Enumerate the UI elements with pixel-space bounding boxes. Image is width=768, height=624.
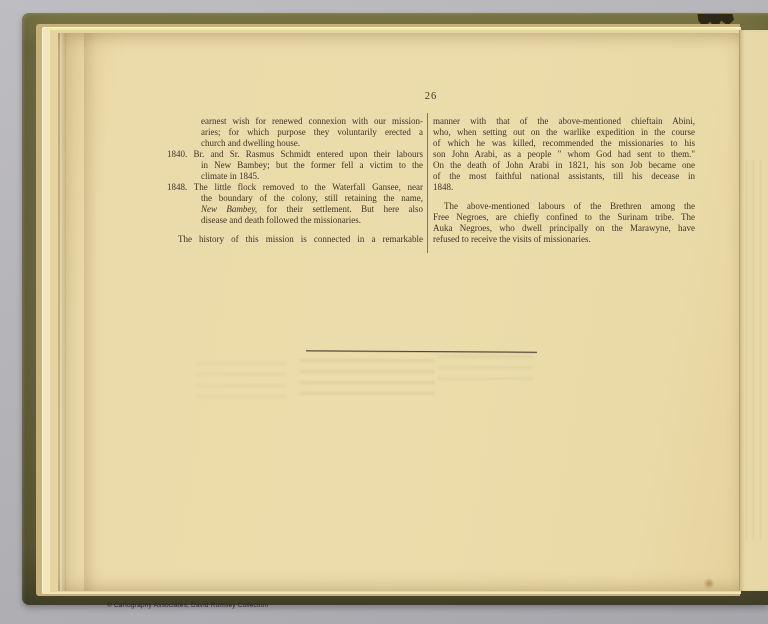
column-divider-rule bbox=[427, 113, 428, 253]
page-fold-highlight bbox=[60, 33, 66, 591]
text-segment: Auka Negroes, who dwell principally on t… bbox=[433, 223, 695, 233]
adjacent-page-edge bbox=[739, 30, 768, 591]
text-line: disease and death followed the missionar… bbox=[167, 215, 423, 226]
text-segment: manner with that of the above-mentioned … bbox=[433, 116, 695, 126]
photo-background: 26 earnest wish for renewed connexion wi… bbox=[0, 0, 768, 624]
text-segment: son John Arabi, as a people " whom God h… bbox=[433, 149, 695, 159]
italic-text-segment: New Bambey, bbox=[201, 204, 257, 214]
collection-credit: © Cartography Associates, David Rumsey C… bbox=[107, 602, 268, 609]
text-segment: earnest wish for renewed connexion with … bbox=[201, 116, 423, 126]
text-segment: of the most faithful national assistants… bbox=[433, 171, 695, 181]
text-line: manner with that of the above-mentioned … bbox=[433, 116, 695, 127]
show-through-text-ghost bbox=[196, 362, 286, 402]
text-line: 1848. The little flock removed to the Wa… bbox=[167, 182, 423, 193]
text-segment: refused to receive the visits of mission… bbox=[433, 234, 591, 244]
text-line: who, when setting out on the warlike exp… bbox=[433, 127, 695, 138]
left-text-column: earnest wish for renewed connexion with … bbox=[167, 116, 423, 245]
text-segment: 1848. The little flock removed to the Wa… bbox=[167, 182, 423, 192]
text-segment: The above-mentioned labours of the Breth… bbox=[444, 201, 695, 211]
text-segment: climate in 1845. bbox=[201, 171, 259, 181]
text-segment: 1848. bbox=[433, 182, 453, 192]
text-segment: in New Bambey; but the former fell a vic… bbox=[201, 160, 423, 170]
text-segment: who, when setting out on the warlike exp… bbox=[433, 127, 695, 137]
text-segment: 1840. Br. and Sr. Rasmus Schmidt entered… bbox=[167, 149, 423, 159]
text-line: the boundary of the colony, still retain… bbox=[167, 193, 423, 204]
text-segment: aries; for which purpose they voluntaril… bbox=[201, 127, 423, 137]
text-line: 1848. bbox=[433, 182, 695, 193]
text-line: climate in 1845. bbox=[167, 171, 423, 182]
text-segment: of which he was killed, recommended the … bbox=[433, 138, 695, 148]
text-line: church and dwelling house. bbox=[167, 138, 423, 149]
text-segment: the boundary of the colony, still retain… bbox=[201, 193, 423, 203]
text-segment: On the death of John Arabi in 1821, his … bbox=[433, 160, 695, 170]
right-text-column: manner with that of the above-mentioned … bbox=[433, 116, 695, 245]
show-through-text-ghost bbox=[438, 355, 533, 385]
text-line: of the most faithful national assistants… bbox=[433, 171, 695, 182]
text-line: earnest wish for renewed connexion with … bbox=[167, 116, 423, 127]
text-line: refused to receive the visits of mission… bbox=[433, 234, 695, 245]
text-line: The above-mentioned labours of the Breth… bbox=[433, 201, 695, 212]
page-fold-shadow bbox=[84, 33, 106, 591]
text-segment: disease and death followed the missionar… bbox=[201, 215, 361, 225]
text-line: of which he was killed, recommended the … bbox=[433, 138, 695, 149]
text-line: in New Bambey; but the former fell a vic… bbox=[167, 160, 423, 171]
show-through-text-ghost bbox=[300, 359, 435, 403]
show-through-streaks bbox=[746, 160, 766, 540]
text-line: aries; for which purpose they voluntaril… bbox=[167, 127, 423, 138]
text-line: Auka Negroes, who dwell principally on t… bbox=[433, 223, 695, 234]
text-segment: church and dwelling house. bbox=[201, 138, 300, 148]
text-segment: Free Negroes, are chiefly confined to th… bbox=[433, 212, 695, 222]
text-line: New Bambey, for their settlement. But he… bbox=[167, 204, 423, 215]
text-line: On the death of John Arabi in 1821, his … bbox=[433, 160, 695, 171]
text-line: The history of this mission is connected… bbox=[167, 234, 423, 245]
foxing-stain bbox=[703, 578, 715, 589]
text-segment: for their settlement. But here also bbox=[257, 204, 423, 214]
text-line: son John Arabi, as a people " whom God h… bbox=[433, 149, 695, 160]
page-number: 26 bbox=[408, 91, 454, 102]
text-line: Free Negroes, are chiefly confined to th… bbox=[433, 212, 695, 223]
text-line: 1840. Br. and Sr. Rasmus Schmidt entered… bbox=[167, 149, 423, 160]
text-segment: The history of this mission is connected… bbox=[178, 234, 423, 244]
